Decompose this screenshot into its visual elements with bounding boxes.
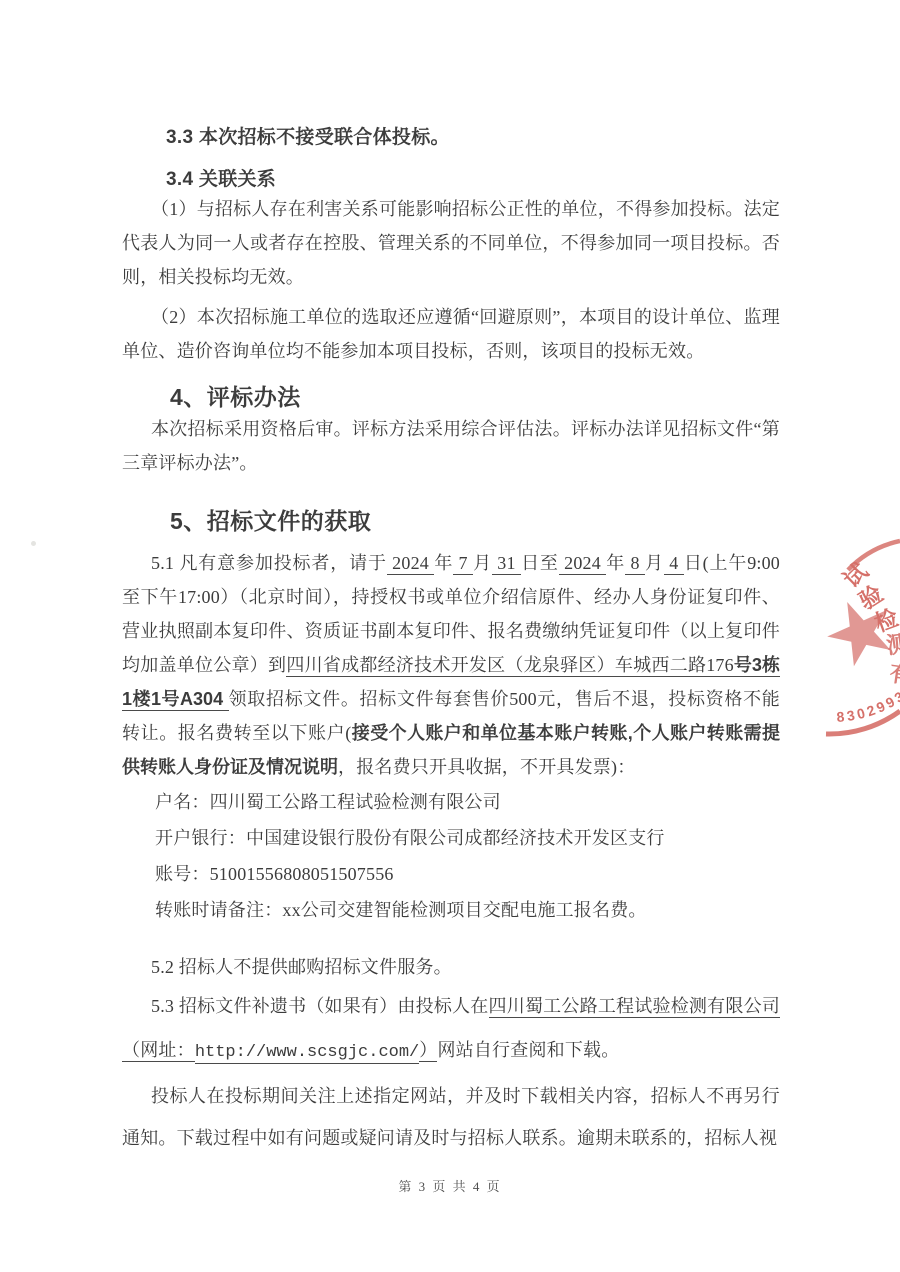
text-run: 本次招标采用资格后审。评标方法采用综合评估法。评标办法详见招标文件“第三章评标办… (122, 419, 780, 473)
text-run: 4、评标办法 (170, 384, 301, 410)
underlined-text: http://www.scsgjc.com/ (195, 1043, 419, 1064)
underlined-text: ） (419, 1040, 437, 1062)
para-5-3: 5.3 招标文件补遗书（如果有）由投标人在四川蜀工公路工程试验检测有限公司（网址… (122, 984, 780, 1075)
text-run: 网站自行查阅和下载。 (437, 1040, 619, 1060)
account-number: 账号：51001556808051507556 (122, 856, 780, 892)
text-run: 投标人在投标期间关注上述指定网站，并及时下载相关内容，招标人不再另行通知。下载过… (122, 1086, 780, 1148)
text-run: 账号：51001556808051507556 (155, 864, 394, 884)
text-run: 户名：四川蜀工公路工程试验检测有限公司 (155, 792, 501, 812)
underlined-text: 8 (625, 553, 645, 575)
seal-ring-char: 检 (871, 604, 900, 636)
text-run: 月 (473, 553, 492, 573)
seal-ring-char: 测 (885, 630, 900, 659)
document-content: 3.3 本次招标不接受联合体投标。3.4 关联关系（1）与招标人存在利害关系可能… (122, 0, 780, 1159)
para-evaluation: 本次招标采用资格后审。评标方法采用综合评估法。评标办法详见招标文件“第三章评标办… (122, 412, 780, 480)
seal-graphics: 试 验 检 测 有 8302993 (818, 541, 900, 734)
text-run: 转账时请备注：xx公司交建智能检测项目交配电施工报名费。 (155, 900, 647, 920)
text-run: 月 (645, 553, 664, 573)
account-bank: 开户银行：中国建设银行股份有限公司成都经济技术开发区支行 (122, 820, 780, 856)
seal-serial-number: 8302993 (836, 687, 900, 725)
heading-5-obtaining: 5、招标文件的获取 (122, 506, 780, 536)
text-run: 3.3 本次招标不接受联合体投标。 (166, 127, 450, 148)
seal-ring-char: 试 (838, 558, 873, 593)
text-run: 开户银行：中国建设银行股份有限公司成都经济技术开发区支行 (155, 828, 665, 848)
text-run: ，报名费只开具收据，不开具发票)： (338, 757, 635, 777)
text-run: 5.3 招标文件补遗书（如果有）由投标人在 (151, 996, 489, 1016)
text-run: 5.2 招标人不提供邮购招标文件服务。 (151, 957, 452, 977)
seal-border-bottom-arc (826, 711, 900, 734)
document-page: 3.3 本次招标不接受联合体投标。3.4 关联关系（1）与招标人存在利害关系可能… (0, 0, 900, 1272)
underlined-text: 7 (453, 553, 473, 575)
para-affiliation-2: （2）本次招标施工单位的选取还应遵循“回避原则”，本项目的设计单位、监理单位、造… (122, 300, 780, 368)
underlined-text: 31 (492, 553, 521, 575)
text-run: （1）与招标人存在利害关系可能影响招标公正性的单位，不得参加投标。法定代表人为同… (122, 199, 780, 287)
seal-ring-char: 有 (888, 660, 900, 689)
clause-3-3: 3.3 本次招标不接受联合体投标。 (122, 126, 780, 150)
text-run: 5.1 凡有意参加投标者，请于 (151, 553, 387, 573)
underlined-text: 2024 (387, 553, 435, 575)
underlined-text: 2024 (559, 553, 607, 575)
text-run: 日至 (521, 553, 559, 573)
text-run: 5、招标文件的获取 (170, 508, 371, 534)
heading-4-evaluation: 4、评标办法 (122, 382, 780, 412)
text-run: 3.4 关联关系 (166, 169, 276, 190)
page-number: 第 3 页 共 4 页 (0, 1176, 900, 1195)
clause-3-4: 3.4 关联关系 (122, 168, 780, 192)
scan-artifact-dot (31, 541, 36, 546)
underlined-text: 4 (664, 553, 684, 575)
para-affiliation-1: （1）与招标人存在利害关系可能影响招标公正性的单位，不得参加投标。法定代表人为同… (122, 192, 780, 294)
text-run: 年 (434, 553, 453, 573)
seal-star-icon (818, 589, 900, 671)
seal-ring-char: 验 (854, 580, 887, 614)
seal-border-top-arc (848, 541, 900, 570)
text-run: （2）本次招标施工单位的选取还应遵循“回避原则”，本项目的设计单位、监理单位、造… (122, 307, 780, 361)
para-5-2: 5.2 招标人不提供邮购招标文件服务。 (122, 950, 780, 984)
underlined-text: 四川省成都经济技术开发区（龙泉驿区）车城西二路176 (286, 655, 734, 677)
account-name: 户名：四川蜀工公路工程试验检测有限公司 (122, 784, 780, 820)
para-website-notice: 投标人在投标期间关注上述指定网站，并及时下载相关内容，招标人不再另行通知。下载过… (122, 1075, 780, 1159)
text-run: 年 (606, 553, 625, 573)
para-5-1: 5.1 凡有意参加投标者，请于 2024 年 7 月 31 日至 2024 年 … (122, 546, 780, 784)
account-memo: 转账时请备注：xx公司交建智能检测项目交配电施工报名费。 (122, 892, 780, 928)
